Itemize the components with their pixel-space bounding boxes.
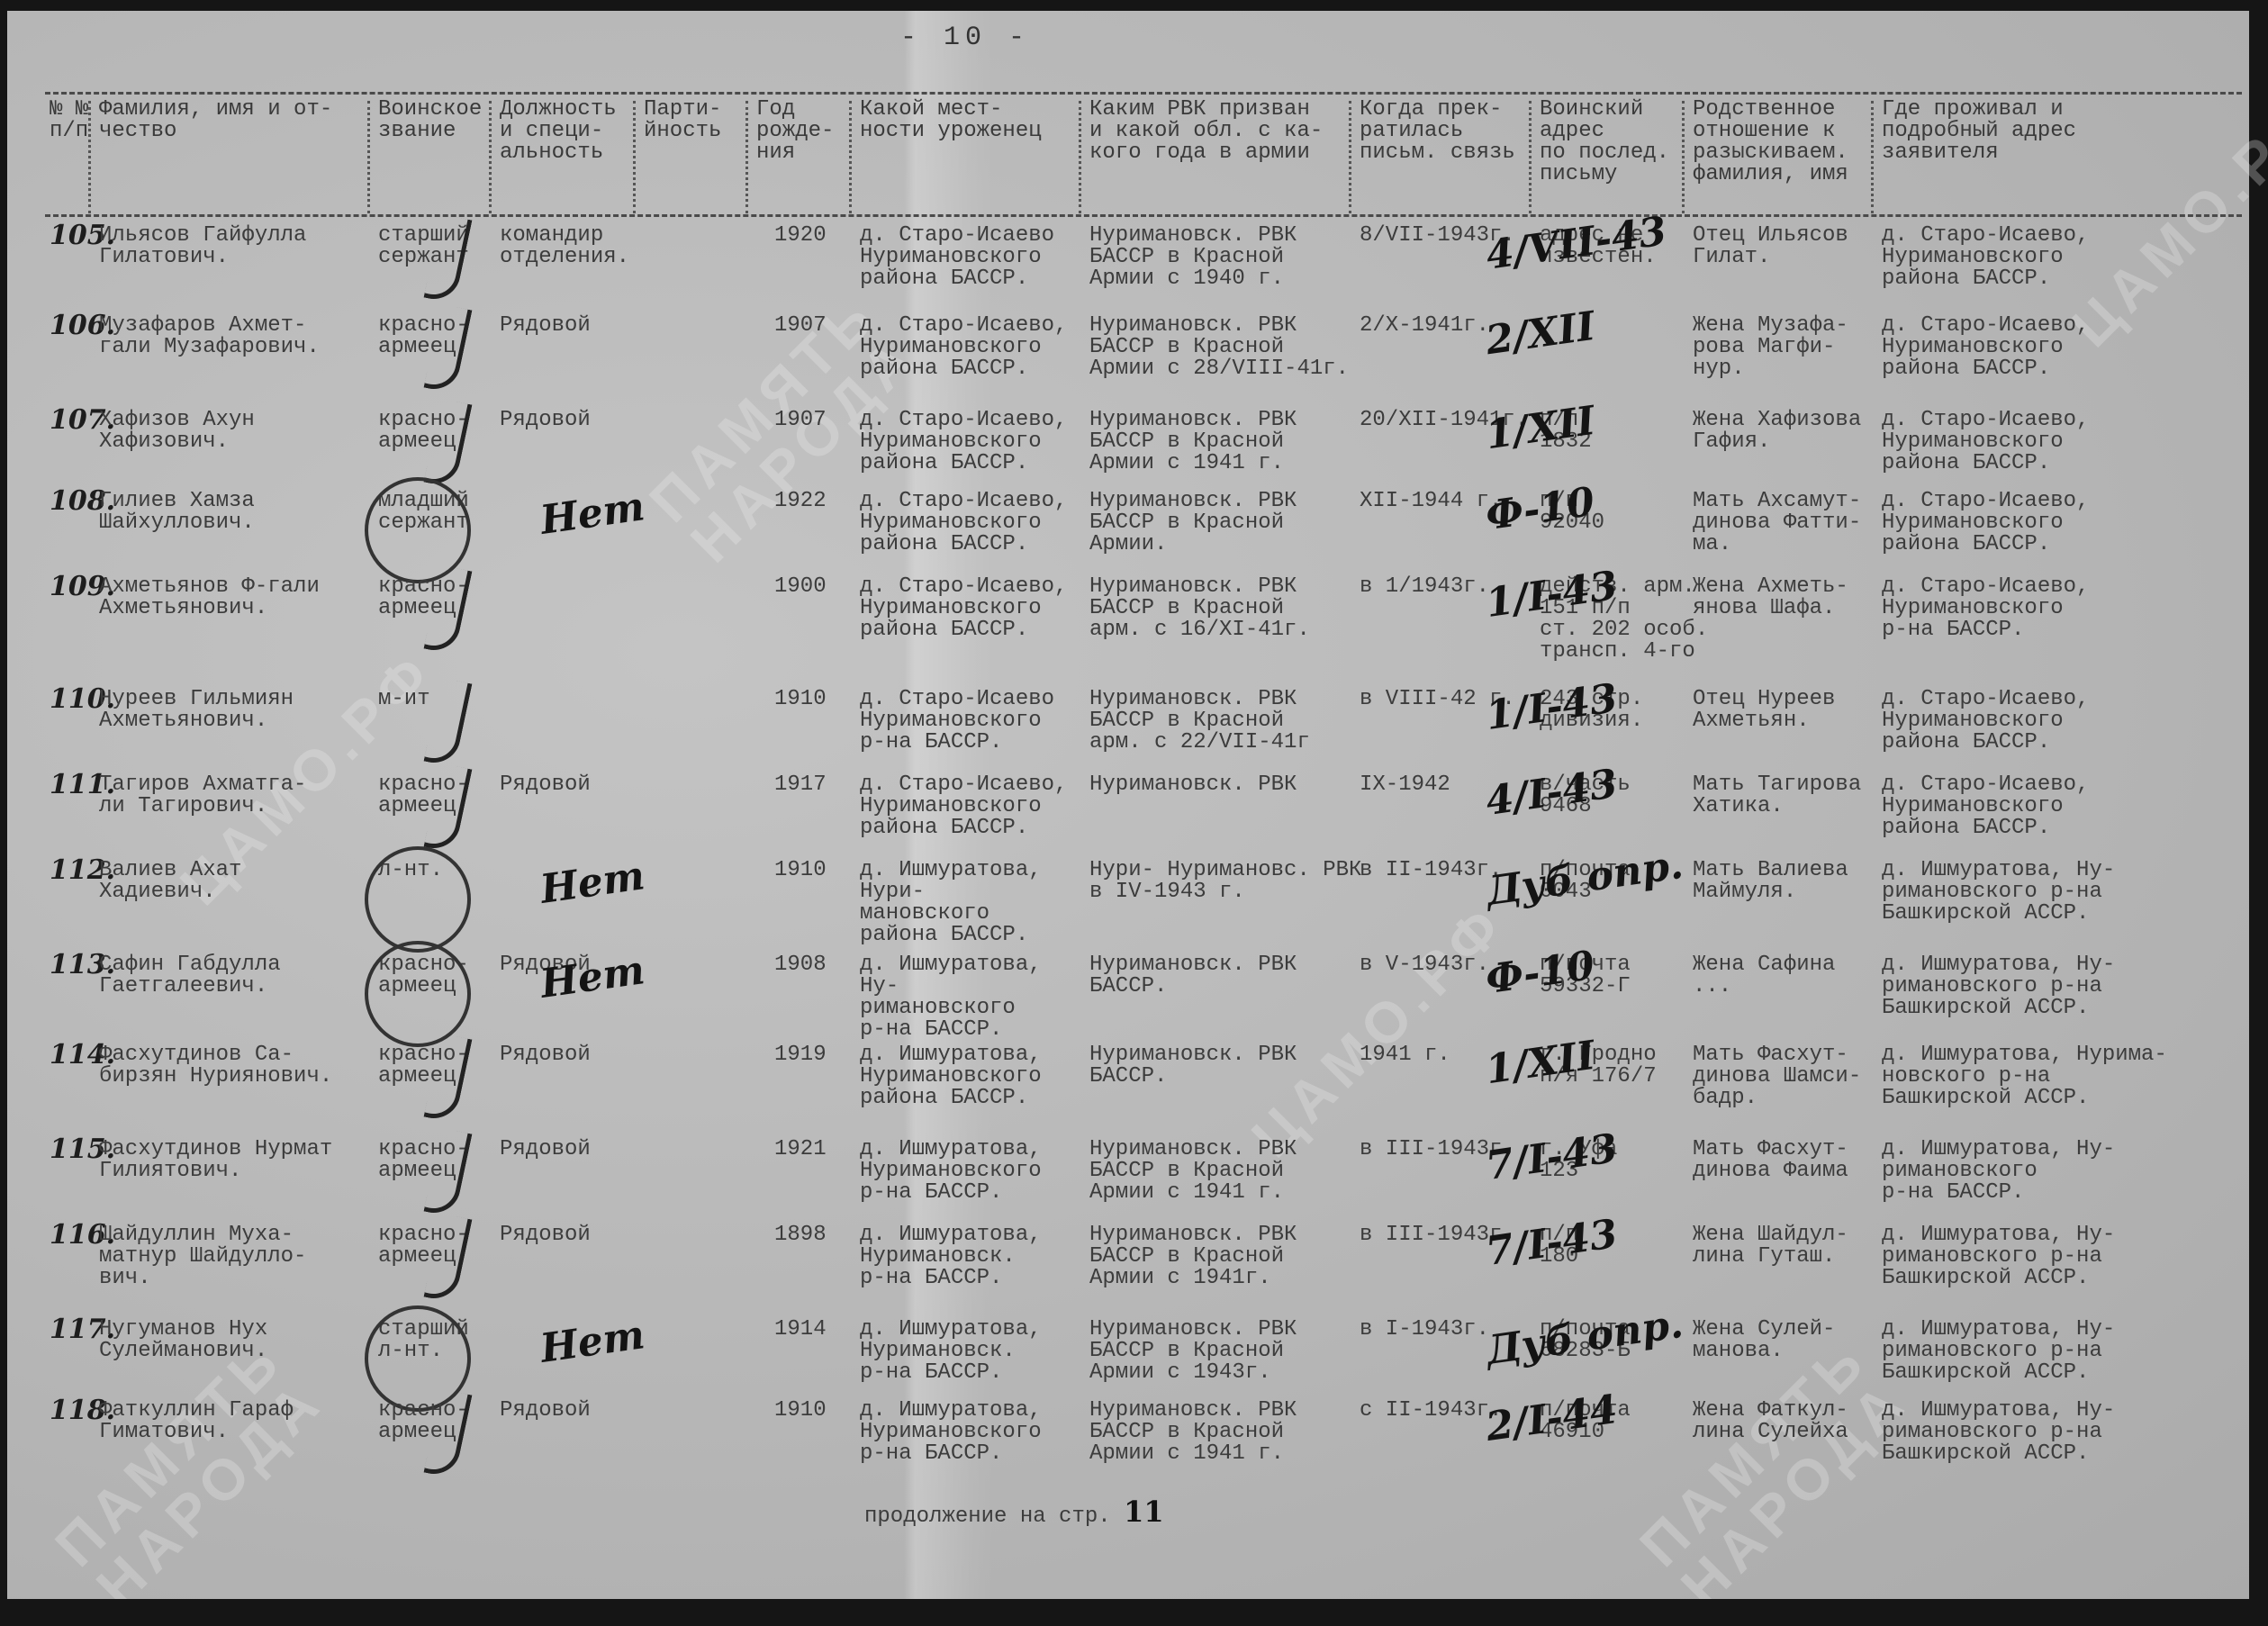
column-header: Парти- йность [644,99,721,142]
cell-birthplace: д. Ишмуратова, Нуримановского р-на БАССР… [860,1139,1042,1204]
cell-drafted: Нури- Нуримановс. РВК в IV-1943 г. [1089,860,1361,903]
cell-year: 1907 [774,410,827,431]
cell-position: Рядовой [500,1400,591,1422]
cell-last-letter: в II-1943г. [1360,860,1502,881]
cell-position: Рядовой [500,774,591,796]
column-header: Какой мест- ности уроженец [860,99,1042,142]
column-separator [489,101,492,213]
cell-relative: Отец Ильясов Гилат. [1693,225,1848,268]
cell-applicant: д. Старо-Исаево, Нуримановского района Б… [1882,491,2089,556]
cell-relative: Мать Фасхут- динова Шамси- бадр. [1693,1044,1861,1109]
cell-last-letter: 2/X-1941г. [1360,315,1489,337]
cell-birthplace: д. Ишмуратова, Нуримановского р-на БАССР… [860,1400,1042,1465]
column-separator [633,101,636,213]
cell-year: 1919 [774,1044,827,1066]
cell-relative: Мать Фасхут- динова Фаима [1693,1139,1848,1182]
cell-applicant: д. Ишмуратова, Ну- римановского р-на Баш… [1882,1224,2115,1289]
cell-applicant: д. Ишмуратова, Ну- римановского р-на Баш… [1882,1319,2115,1384]
cell-last-letter: 1941 г. [1360,1044,1450,1066]
cell-applicant: д. Ишмуратова, Ну- римановского р-на БАС… [1882,1139,2115,1204]
cell-drafted: Нуримановск. РВК БАССР в Красной Армии с… [1089,410,1297,474]
cell-year: 1922 [774,491,827,512]
cell-birthplace: д. Ишмуратова, Нуримановск. р-на БАССР. [860,1224,1042,1289]
cell-year: 1921 [774,1139,827,1161]
ink-circle [365,846,471,953]
cell-last-letter: в 1/1943г. [1360,576,1489,598]
cell-name: Сафин Габдулла Гаетгалеевич. [99,954,281,998]
cell-applicant: д. Старо-Исаево, Нуримановского района Б… [1882,689,2089,754]
cell-drafted: Нуримановск. РВК БАССР в Красной арм. с … [1089,689,1310,754]
cell-applicant: д. Старо-Исаево, Нуримановского района Б… [1882,410,2089,474]
cell-birthplace: д. Старо-Исаево, Нуримановского района Б… [860,410,1067,474]
cell-name: Тагиров Ахматга- ли Тагирович. [99,774,306,818]
column-header: Родственное отношение к разыскиваем. фам… [1693,99,1848,185]
column-header: Фамилия, имя и от- чество [99,99,332,142]
cell-relative: Жена Сулей- манова. [1693,1319,1835,1362]
cell-applicant: д. Старо-Исаево, Нуримановского района Б… [1882,774,2089,839]
cell-name: Нугуманов Нух Сулейманович. [99,1319,267,1362]
cell-birthplace: д. Ишмуратова, Нуримановск. р-на БАССР. [860,1319,1042,1384]
cell-applicant: д. Ишмуратова, Ну- римановского р-на Баш… [1882,860,2115,925]
cell-drafted: Нуримановск. РВК БАССР в Красной Армии с… [1089,1224,1297,1289]
cell-drafted: Нуримановск. РВК БАССР в Красной Армии с… [1089,1400,1297,1465]
cell-drafted: Нуримановск. РВК БАССР в Красной Армии с… [1089,315,1349,380]
continuation-label: продолжение на стр. [864,1504,1111,1529]
cell-name: Фаткуллин Гараф Гиматович. [99,1400,294,1443]
cell-year: 1920 [774,225,827,247]
cell-year: 1898 [774,1224,827,1246]
cell-applicant: д. Ишмуратова, Ну- римановского р-на Баш… [1882,954,2115,1019]
cell-year: 1907 [774,315,827,337]
column-separator [1682,101,1685,213]
cell-relative: Мать Тагирова Хатика. [1693,774,1861,818]
cell-drafted: Нуримановск. РВК БАССР в Красной Армии с… [1089,1139,1297,1204]
column-header: Где проживал и подробный адрес заявителя [1882,99,2076,164]
scan-bottom-border [0,1599,2268,1626]
cell-position: Рядовой [500,315,591,337]
cell-relative: Жена Фаткул- лина Сулейха [1693,1400,1848,1443]
cell-relative: Мать Валиева Маймуля. [1693,860,1848,903]
column-header: Год рожде- ния [756,99,834,164]
cell-year: 1917 [774,774,827,796]
cell-applicant: д. Ишмуратова, Ну- римановского р-на Баш… [1882,1400,2115,1465]
cell-last-letter: в I-1943г. [1360,1319,1489,1341]
cell-drafted: Нуримановск. РВК [1089,774,1297,796]
column-separator [745,101,748,213]
cell-relative: Жена Шайдул- лина Гуташ. [1693,1224,1848,1268]
column-header: Каким РВК призван и какой обл. с ка- ког… [1089,99,1323,164]
cell-drafted: Нуримановск. РВК БАССР. [1089,1044,1297,1088]
column-separator [88,101,91,213]
cell-last-letter: IX-1942 [1360,774,1450,796]
column-header: Должность и специ- альность [500,99,617,164]
cell-name: Хафизов Ахун Хафизович. [99,410,255,453]
cell-name: Ильясов Гайфулла Гилатович. [99,225,306,268]
cell-drafted: Нуримановск. РВК БАССР в Красной Армии с… [1089,225,1297,290]
column-header: Когда прек- ратилась письм. связь [1360,99,1515,164]
cell-birthplace: д. Старо-Исаево, Нуримановского района Б… [860,315,1067,380]
watermark: ЦАМО.РФ [2061,83,2268,357]
column-header: № № п/п [50,99,88,142]
ink-circle [365,941,471,1047]
cell-birthplace: д. Старо-Исаево, Нуримановского района Б… [860,491,1067,556]
cell-relative: Жена Хафизова Гафия. [1693,410,1861,453]
column-header: Воинское звание [378,99,482,142]
cell-applicant: д. Старо-Исаево, Нуримановского района Б… [1882,315,2089,380]
watermark: ПАМЯТЬ НАРОДА [45,1329,333,1617]
cell-birthplace: д. Старо-Исаево, Нуримановского района Б… [860,576,1067,641]
cell-relative: Жена Музафа- рова Магфи- нур. [1693,315,1848,380]
column-header: Воинский адрес по послед. письму [1540,99,1669,185]
cell-position: Рядовой [500,410,591,431]
column-separator [367,101,370,213]
cell-year: 1910 [774,689,827,710]
continuation-note: продолжение на стр. 11 [864,1495,1164,1529]
column-separator [1871,101,1874,213]
cell-birthplace: д. Старо-Исаево, Нуримановского района Б… [860,774,1067,839]
cell-birthplace: д. Ишмуратова, Нуримановского района БАС… [860,1044,1042,1109]
cell-position: Рядовой [500,1044,591,1066]
column-separator [1349,101,1351,213]
column-separator [849,101,852,213]
cell-drafted: Нуримановск. РВК БАССР в Красной Армии. [1089,491,1297,556]
cell-birthplace: д. Старо-Исаево Нуримановского района БА… [860,225,1054,290]
cell-position: Рядовой [500,1224,591,1246]
watermark: ЦАМО.РФ [1242,893,1515,1167]
continuation-page: 11 [1124,1495,1164,1529]
cell-applicant: д. Старо-Исаево, Нуримановского района Б… [1882,225,2089,290]
column-separator [1079,101,1081,213]
cell-name: Фасхутдинов Нурмат Гилиятович. [99,1139,332,1182]
cell-name: Фасхутдинов Са- бирзян Нуриянович. [99,1044,332,1088]
cell-relative: Отец Нуреев Ахметьян. [1693,689,1835,732]
cell-name: Валиев Ахат Хадиевич. [99,860,241,903]
cell-relative: Жена Сафина ... [1693,954,1835,998]
cell-applicant: д. Ишмуратова, Нурима- новского р-на Баш… [1882,1044,2167,1109]
cell-last-letter: XII-1944 г. [1360,491,1502,512]
cell-year: 1910 [774,860,827,881]
cell-name: Музафаров Ахмет- гали Музафарович. [99,315,320,358]
cell-name: Ахметьянов Ф-гали Ахметьянович. [99,576,320,619]
cell-applicant: д. Старо-Исаево, Нуримановского р-на БАС… [1882,576,2089,641]
cell-year: 1910 [774,1400,827,1422]
cell-birthplace: д. Ишмуратова, Ну- римановского р-на БАС… [860,954,1042,1041]
cell-year: 1914 [774,1319,827,1341]
cell-name: Нуреев Гильмиян Ахметьянович. [99,689,294,732]
page-number: - 10 - [900,23,1030,53]
header-top-rule [45,92,2242,95]
cell-relative: Мать Ахсамут- динова Фатти- ма. [1693,491,1861,556]
watermark: ПАМЯТЬ НАРОДА [1630,1329,1918,1617]
header-bottom-rule [45,214,2242,217]
cell-relative: Жена Ахметь- янова Шафа. [1693,576,1848,619]
cell-last-letter: в V-1943г. [1360,954,1489,976]
cell-drafted: Нуримановск. РВК БАССР. [1089,954,1297,998]
cell-rank: м-ит [378,689,430,710]
cell-birthplace: д. Ишмуратова, Нури- мановского района Б… [860,860,1042,946]
cell-birthplace: д. Старо-Исаево Нуримановского р-на БАСС… [860,689,1054,754]
column-separator [1529,101,1532,213]
cell-drafted: Нуримановск. РВК БАССР в Красной арм. с … [1089,576,1310,641]
cell-position: Рядовой [500,1139,591,1161]
cell-drafted: Нуримановск. РВК БАССР в Красной Армии с… [1089,1319,1297,1384]
cell-year: 1908 [774,954,827,976]
cell-last-letter: с II-1943г. [1360,1400,1502,1422]
cell-name: Гилиев Хамза Шайхуллович. [99,491,255,534]
cell-year: 1900 [774,576,827,598]
cell-name: Шайдуллин Муха- матнур Шайдулло- вич. [99,1224,306,1289]
cell-position: командир отделения. [500,225,629,268]
